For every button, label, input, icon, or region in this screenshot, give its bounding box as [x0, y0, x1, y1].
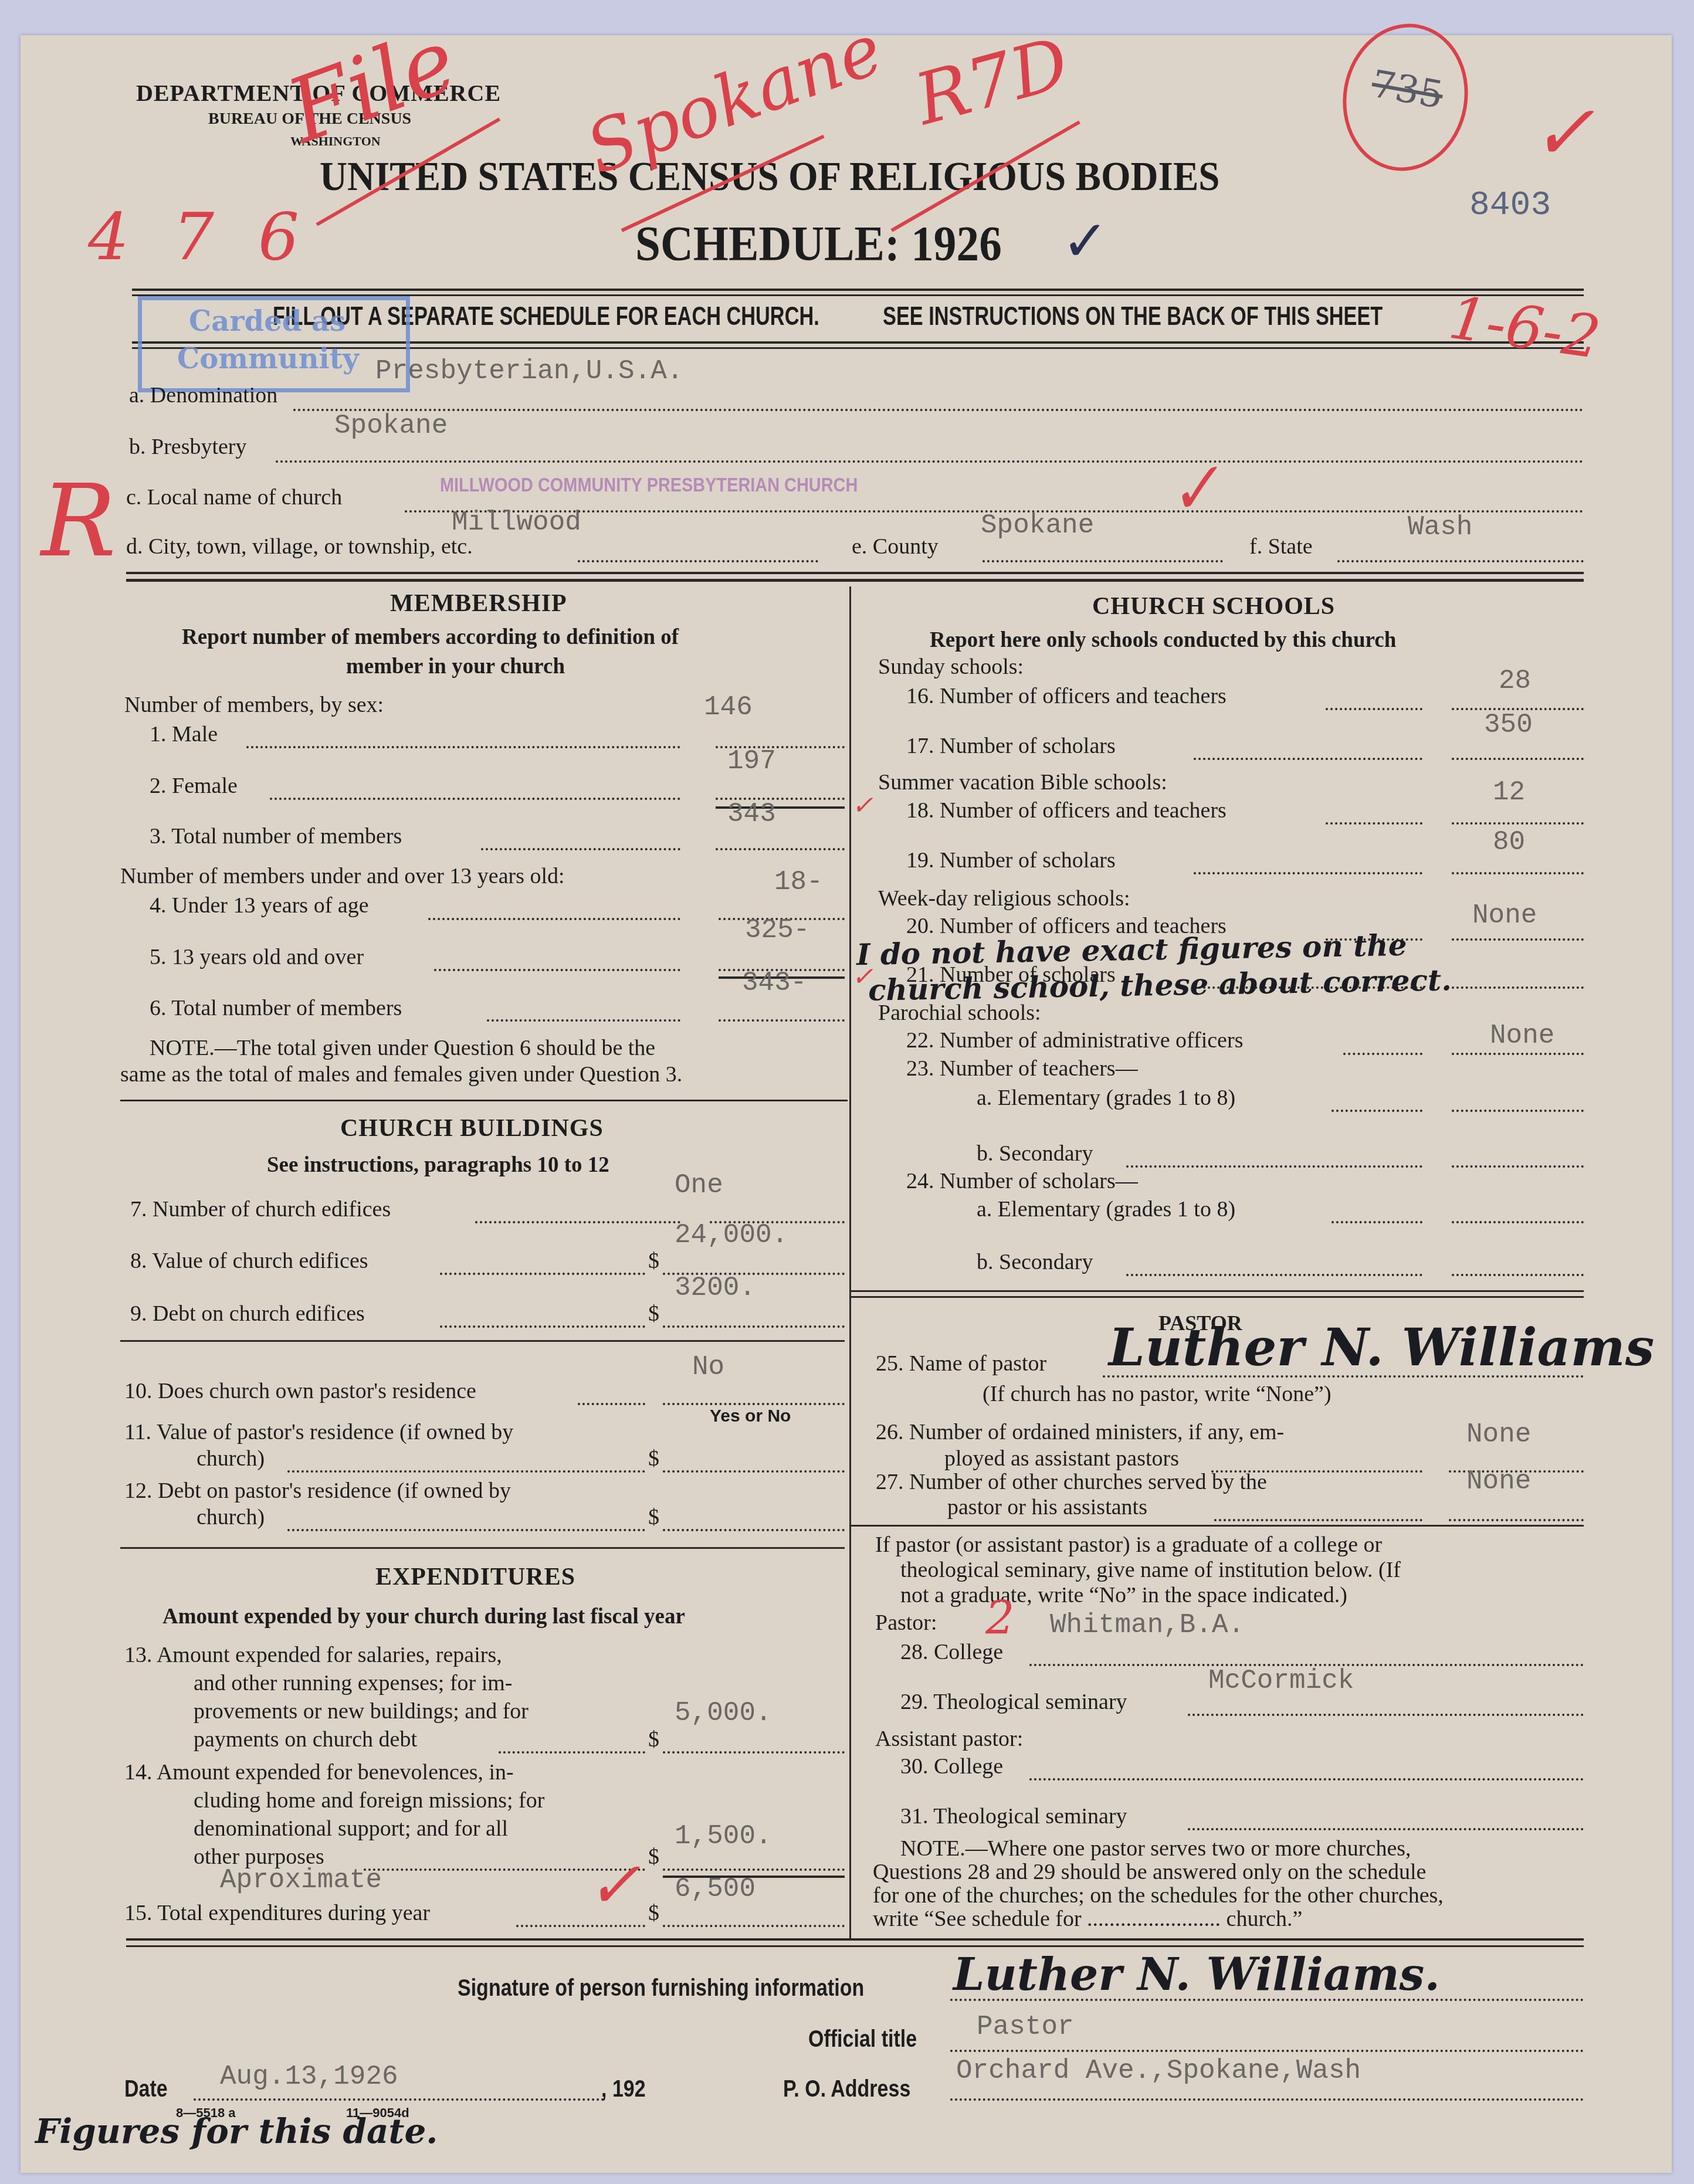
- graduate-instruction-3: not a graduate, write “No” in the space …: [900, 1582, 1347, 1608]
- q1-male-field[interactable]: 146: [704, 692, 753, 723]
- q26-assistants-field[interactable]: None: [1466, 1419, 1531, 1450]
- county-field[interactable]: Spokane: [981, 510, 1094, 541]
- expenditures-title: EXPENDITURES: [375, 1563, 575, 1591]
- q24a-label: a. Elementary (grades 1 to 8): [977, 1196, 1235, 1222]
- city-field[interactable]: Millwood: [452, 507, 581, 538]
- circled-number: 735: [1368, 62, 1446, 117]
- q4-label: 4. Under 13 years of age: [150, 893, 369, 918]
- q11-label-2: church): [196, 1446, 265, 1471]
- q9-label: 9. Debt on church edifices: [130, 1301, 365, 1327]
- pastor-note-3: for one of the churches; on the schedule…: [873, 1883, 1444, 1908]
- official-title-label: Official title: [808, 2026, 917, 2053]
- q18-label: 18. Number of officers and teachers: [906, 798, 1227, 823]
- q17-label: 17. Number of scholars: [906, 733, 1116, 759]
- schedule-year: SCHEDULE: 1926: [635, 216, 1002, 273]
- buildings-title: CHURCH BUILDINGS: [340, 1114, 604, 1142]
- state-label: f. State: [1249, 534, 1313, 559]
- county-label: e. County: [852, 534, 939, 559]
- date-year-prefix: , 192: [601, 2076, 646, 2102]
- by-sex-heading: Number of members, by sex:: [124, 692, 384, 718]
- sunday-heading: Sunday schools:: [878, 654, 1024, 680]
- q14-line-1: 14. Amount expended for benevolences, in…: [124, 1759, 514, 1785]
- q13-line-3: provements or new buildings; and for: [194, 1698, 528, 1724]
- q23-label: 23. Number of teachers—: [906, 1056, 1138, 1081]
- q12-label-2: church): [196, 1504, 265, 1530]
- date-field[interactable]: Aug.13,1926: [220, 2061, 398, 2092]
- address-label: P. O. Address: [783, 2076, 910, 2102]
- pastor-note-4: write “See schedule for ................…: [873, 1906, 1302, 1932]
- membership-note-2: same as the total of males and females g…: [120, 1062, 682, 1087]
- q15-dollar: $: [648, 1900, 659, 1926]
- q6-label: 6. Total number of members: [150, 995, 402, 1021]
- red-check-icon-2: ✓: [852, 962, 873, 992]
- q29-seminary-field[interactable]: McCormick: [1208, 1666, 1354, 1696]
- presbytery-field[interactable]: Spokane: [334, 411, 448, 441]
- stamp-line-1: Carded as: [189, 305, 345, 338]
- q6-total-field[interactable]: 343-: [742, 968, 807, 998]
- address-field[interactable]: Orchard Ave.,Spokane,Wash: [956, 2056, 1361, 2086]
- q16-sunday-teachers-field[interactable]: 28: [1499, 666, 1531, 696]
- pastor-heading: Pastor:: [875, 1610, 937, 1636]
- red-mark-2: 2: [985, 1592, 1015, 1645]
- graduate-instruction-2: theological seminary, give name of insti…: [900, 1557, 1401, 1583]
- q27-label-2: pastor or his assistants: [947, 1494, 1147, 1520]
- q10-label: 10. Does church own pastor's residence: [124, 1378, 476, 1404]
- q25-pastor-name-field[interactable]: Luther N. Williams: [1109, 1317, 1654, 1378]
- q8-dollar: $: [648, 1248, 659, 1274]
- q16-label: 16. Number of officers and teachers: [906, 683, 1227, 709]
- q11-label: 11. Value of pastor's residence (if owne…: [124, 1419, 513, 1445]
- q23a-label: a. Elementary (grades 1 to 8): [977, 1085, 1235, 1111]
- membership-subtitle-2: member in your church: [346, 654, 565, 679]
- q11-dollar: $: [648, 1446, 659, 1471]
- q22-label: 22. Number of administrative officers: [906, 1027, 1243, 1053]
- signature-label: Signature of person furnishing informati…: [458, 1975, 864, 2002]
- pastor-note-2: Questions 28 and 29 should be answered o…: [873, 1859, 1427, 1885]
- q5-label: 5. 13 years old and over: [150, 944, 364, 970]
- signature-field[interactable]: Luther N. Williams.: [953, 1948, 1440, 2000]
- q30-label: 30. College: [900, 1754, 1003, 1779]
- q23b-label: b. Secondary: [977, 1141, 1093, 1166]
- city-label: d. City, town, village, or township, etc…: [126, 534, 473, 559]
- red-check-icon-top: ✓: [1531, 88, 1595, 177]
- carded-stamp: Carded as Community: [138, 296, 410, 392]
- church-name-stamp: MILLWOOD COMMUNITY PRESBYTERIAN CHURCH: [440, 474, 858, 497]
- q29-label: 29. Theological seminary: [900, 1689, 1127, 1715]
- q14-line-3: denominational support; and for all: [194, 1816, 508, 1842]
- q27-label: 27. Number of other churches served by t…: [876, 1469, 1267, 1495]
- membership-note-1: NOTE.—The total given under Question 6 s…: [150, 1035, 655, 1061]
- yes-or-no-hint: Yes or No: [710, 1406, 791, 1426]
- q14-benevolences-field[interactable]: 1,500.: [675, 1821, 772, 1851]
- q2-female-field[interactable]: 197: [727, 746, 776, 776]
- q8-label: 8. Value of church edifices: [130, 1248, 368, 1274]
- q12-dollar: $: [648, 1504, 659, 1530]
- q13-line-2: and other running expenses; for im-: [194, 1670, 512, 1696]
- q18-summer-teachers-field[interactable]: 12: [1493, 777, 1525, 808]
- handwritten-date-note: Figures for this date.: [35, 2111, 438, 2151]
- q25-label: 25. Name of pastor: [876, 1351, 1046, 1376]
- q8-value-field[interactable]: 24,000.: [675, 1220, 788, 1250]
- official-title-field[interactable]: Pastor: [977, 2012, 1074, 2042]
- q2-label: 2. Female: [150, 773, 238, 799]
- q15-label: 15. Total expenditures during year: [124, 1900, 430, 1926]
- q26-label-2: ployed as assistant pastors: [944, 1446, 1179, 1471]
- q13-line-4: payments on church debt: [194, 1727, 417, 1752]
- banner-instruction-right: SEE INSTRUCTIONS ON THE BACK OF THIS SHE…: [883, 302, 1383, 331]
- denomination-field[interactable]: Presbyterian,U.S.A.: [375, 356, 683, 386]
- state-field[interactable]: Wash: [1408, 512, 1472, 542]
- q5-over-13-field[interactable]: 325-: [745, 915, 809, 945]
- q28-college-field[interactable]: Whitman,B.A.: [1050, 1610, 1244, 1640]
- denomination-label: a. Denomination: [129, 382, 277, 408]
- q4-under-13-field[interactable]: 18-: [774, 867, 823, 897]
- q13-dollar: $: [648, 1727, 659, 1752]
- q24b-label: b. Secondary: [977, 1249, 1093, 1275]
- q13-line-1: 13. Amount expended for salaries, repair…: [124, 1642, 502, 1668]
- membership-title: MEMBERSHIP: [390, 589, 567, 618]
- q9-dollar: $: [648, 1301, 659, 1327]
- by-age-heading: Number of members under and over 13 year…: [120, 863, 565, 889]
- summer-heading: Summer vacation Bible schools:: [878, 769, 1167, 795]
- q10-residence-field[interactable]: No: [692, 1352, 724, 1382]
- blue-check-icon: ✓: [1062, 208, 1109, 274]
- q17-sunday-scholars-field[interactable]: 350: [1484, 710, 1533, 740]
- q27-other-churches-field[interactable]: None: [1466, 1466, 1531, 1497]
- approximate-note: Aproximate: [220, 1865, 382, 1895]
- q3-label: 3. Total number of members: [150, 823, 402, 849]
- membership-subtitle-1: Report number of members according to de…: [182, 625, 679, 650]
- red-check-icon: ✓: [852, 791, 873, 820]
- schools-subtitle: Report here only schools conducted by th…: [930, 628, 1396, 653]
- graduate-instruction-1: If pastor (or assistant pastor) is a gra…: [875, 1532, 1382, 1558]
- q26-label: 26. Number of ordained ministers, if any…: [876, 1419, 1284, 1445]
- red-letter-r: R: [41, 463, 116, 579]
- q19-summer-scholars-field[interactable]: 80: [1493, 827, 1525, 857]
- q14-line-2: cluding home and foreign missions; for: [194, 1788, 544, 1813]
- q9-debt-field[interactable]: 3200.: [675, 1273, 755, 1303]
- date-label: Date: [124, 2076, 168, 2102]
- q3-total-field[interactable]: 343: [727, 799, 776, 829]
- q22-admin-officers-field[interactable]: None: [1490, 1020, 1554, 1051]
- buildings-subtitle: See instructions, paragraphs 10 to 12: [267, 1152, 609, 1178]
- expenditures-subtitle: Amount expended by your church during la…: [162, 1604, 685, 1629]
- q7-edifices-field[interactable]: One: [675, 1170, 723, 1200]
- q19-label: 19. Number of scholars: [906, 847, 1116, 873]
- q13-running-expenses-field[interactable]: 5,000.: [675, 1698, 772, 1728]
- q14-dollar: $: [648, 1844, 659, 1870]
- q20-weekday-teachers-field[interactable]: None: [1472, 900, 1537, 931]
- q24-label: 24. Number of scholars—: [906, 1168, 1138, 1194]
- q28-label: 28. College: [900, 1639, 1003, 1665]
- q12-label: 12. Debt on pastor's residence (if owned…: [124, 1478, 511, 1504]
- red-check-icon-expend: ✓: [587, 1847, 641, 1922]
- pastor-note-1: NOTE.—Where one pastor serves two or mor…: [900, 1836, 1411, 1861]
- q7-label: 7. Number of church edifices: [130, 1196, 391, 1222]
- red-number-476: 4 7 6: [88, 199, 311, 274]
- church-name-label: c. Local name of church: [126, 484, 342, 510]
- weekday-heading: Week-day religious schools:: [878, 886, 1130, 911]
- serial-number: 8403: [1469, 186, 1551, 225]
- parochial-heading: Parochial schools:: [878, 1000, 1041, 1026]
- q25-hint: (If church has no pastor, write “None”): [982, 1381, 1332, 1407]
- q31-label: 31. Theological seminary: [900, 1803, 1127, 1829]
- stamp-line-2: Community: [177, 342, 359, 375]
- assistant-heading: Assistant pastor:: [875, 1726, 1023, 1752]
- q1-label: 1. Male: [150, 721, 218, 747]
- presbytery-label: b. Presbytery: [129, 434, 247, 460]
- schools-title: CHURCH SCHOOLS: [1092, 592, 1335, 620]
- q15-total-field[interactable]: 6,500: [675, 1874, 755, 1904]
